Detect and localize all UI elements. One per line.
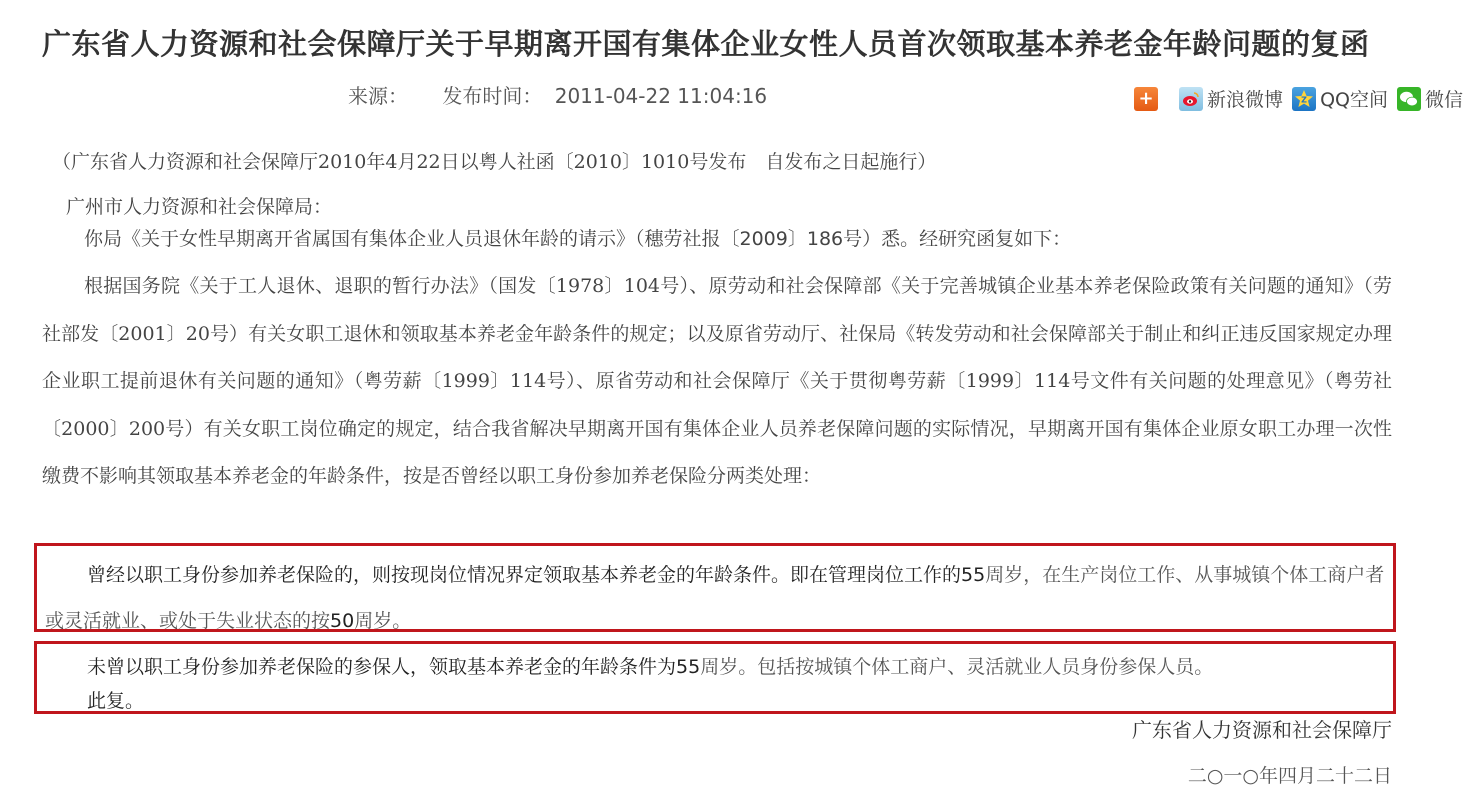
article-title: 广东省人力资源和社会保障厅关于早期离开国有集体企业女性人员首次领取基本养老金年龄… [42,22,1442,66]
share-weibo-button[interactable]: 新浪微博 [1179,85,1283,112]
highlight1-part-d: 周岁。 [354,610,411,632]
main-paragraph: 根据国务院《关于工人退休、退职的暂行办法》（国发〔1978〕104号）、原劳动和… [42,263,1392,501]
highlight1-part-c: 50 [330,610,354,632]
share-qzone-button[interactable]: Z QQ空间 [1292,85,1388,112]
highlight2-part-a: 未曾以职工身份参加养老保险的参保人，领取基本养老金的年龄条件为55 [87,656,700,678]
share-more-button[interactable]: + [1134,87,1170,111]
qzone-icon: Z [1292,87,1316,111]
share-weibo-label: 新浪微博 [1207,85,1283,112]
highlight-text-employee: 曾经以职工身份参加养老保险的，则按现岗位情况界定领取基本养老金的年龄条件。即在管… [45,552,1390,644]
highlight1-part-a: 曾经以职工身份参加养老保险的，则按现岗位情况界定领取基本养老金的年龄条件。即在管… [87,564,985,586]
svg-text:Z: Z [1301,95,1307,104]
share-wechat-button[interactable]: 微信 [1397,85,1463,112]
share-qzone-label: QQ空间 [1320,85,1388,112]
highlight-text-non-employee: 未曾以职工身份参加养老保险的参保人，领取基本养老金的年龄条件为55周岁。包括按城… [45,650,1390,718]
publish-time: 2011-04-22 11:04:16 [555,84,767,108]
signature: 广东省人力资源和社会保障厅 [1132,716,1392,744]
reference-paragraph: 你局《关于女性早期离开省属国有集体企业人员退休年龄的请示》（穗劳社报〔2009〕… [84,225,1434,253]
wechat-icon [1397,87,1421,111]
highlight-box-non-employee: 未曾以职工身份参加养老保险的参保人，领取基本养老金的年龄条件为55周岁。包括按城… [34,641,1396,714]
source-label: 来源： [348,84,408,108]
salutation: 广州市人力资源和社会保障局： [66,193,1416,221]
article-meta: 来源： 发布时间： 2011-04-22 11:04:16 [348,82,795,110]
highlight2-part-b: 周岁。包括按城镇个体工商户、灵活就业人员身份参保人员。 [700,656,1213,678]
share-bar: + 新浪微博 Z QQ空间 微信 [1125,85,1463,112]
share-wechat-label: 微信 [1425,85,1463,112]
closing-text: 此复。 [45,684,1390,718]
publication-note: （广东省人力资源和社会保障厅2010年4月22日以粤人社函〔2010〕1010号… [52,148,1402,176]
publish-time-label: 发布时间： [442,84,542,108]
highlight-box-employee: 曾经以职工身份参加养老保险的，则按现岗位情况界定领取基本养老金的年龄条件。即在管… [34,543,1396,632]
plus-icon: + [1134,87,1158,111]
sina-weibo-icon [1179,87,1203,111]
signature-date: 二○一○年四月二十二日 [1188,762,1392,790]
